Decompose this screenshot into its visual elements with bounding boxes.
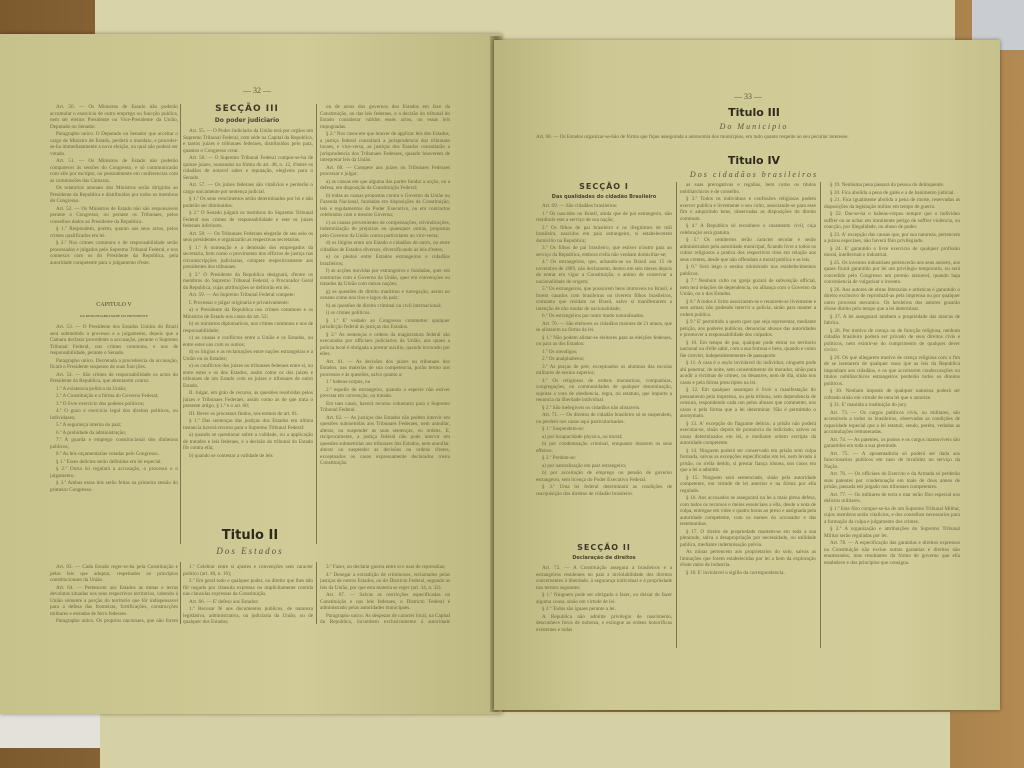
paragraph: § 19. Nenhuma pena passará da pessoa do … <box>824 182 960 189</box>
paragraph: Art. 59. — Ao Supremo Tribunal Federal c… <box>183 292 313 299</box>
left-bottom-column-1: Art. 63. — Cada Estado reger-se-ha pela … <box>50 564 178 624</box>
paragraph: Art. 60. — Compete aos juizes ou Tribuna… <box>320 165 450 178</box>
paragraph: § 1.º Os seus vencimentos serão determin… <box>183 196 313 209</box>
paragraph: § 1.º Não podem alistar-se eleitores par… <box>536 335 672 348</box>
paragraph: § 20. Fica abolida a pena de galés e a d… <box>824 190 960 197</box>
paragraph: § 1.º Este fôro compor-se-ha de um Supre… <box>824 506 960 526</box>
paragraph: § 8.º A todos é licito associarem-se e r… <box>680 299 816 319</box>
left-column-1-bottom: Art. 53. — O Presidente dos Estados Unid… <box>50 324 178 524</box>
paragraph: § 1.º Das sentenças das justiças dos Est… <box>183 418 313 431</box>
paragraph: § 29. Os que allegarem motivo de crença … <box>824 355 960 388</box>
paragraph: Art. 50. — Os Ministros de Estado não po… <box>50 104 178 130</box>
column-rule <box>180 562 181 624</box>
paragraph: f) as acções movidas por estrangeiros e … <box>320 268 450 288</box>
paragraph: Art. 63. — Cada Estado reger-se-ha pela … <box>50 564 178 584</box>
white-paper-corner <box>0 708 100 748</box>
paragraph: 6.º Os estrangeiros por outro modo natur… <box>536 313 672 320</box>
titulo-iii-heading: Titulo III <box>654 106 854 119</box>
right-column-1-declaracao: Art. 72. — A Constituição assegura a bra… <box>536 565 672 645</box>
paragraph: § 21. Fica igualmente abolida a pena de … <box>824 197 960 210</box>
paragraph: § 2.º São inelegiveis os cidadãos não al… <box>536 405 672 412</box>
paragraph: § 27. A lei assegurará tambem a propried… <box>824 314 960 327</box>
paragraph: § 2.º As sentenças e ordens da magistrat… <box>320 332 450 358</box>
paragraph: 4.º Os estrangeiros, que, achando-se no … <box>536 259 672 285</box>
paragraph: 3.º Fazer, ou declarar guerra entre si e… <box>320 564 450 571</box>
seccao-ii-heading: SECÇÃO II <box>534 543 674 552</box>
paragraph: 2.º Em geral todo e qualquer poder, ou d… <box>183 578 313 598</box>
column-rule <box>676 182 677 648</box>
paragraph: § 14. Ninguem poderá ser conservado em p… <box>680 448 816 474</box>
paragraph: § 16. Aos accusados se assegurará na lei… <box>680 495 816 528</box>
chapter-heading: CAPITULO V <box>50 302 178 308</box>
paragraph: Paragrapho unico. O Deputado ou Senador … <box>50 131 178 157</box>
paragraph: d) os litigios e as reclamações entre na… <box>183 349 313 362</box>
column-rule <box>316 104 317 544</box>
paragraph: a) quando se questionar sobre a validade… <box>183 432 313 452</box>
paragraph: Art. 67. — Salvas as restricções especif… <box>320 592 450 612</box>
paragraph: § 1.º Suspendem-se: <box>536 426 672 433</box>
paragraph: § 5.º Os cemiterios terão caracter secul… <box>680 237 816 263</box>
paragraph: 2.º Os filhos de pai brasileiro e os ill… <box>536 225 672 245</box>
paragraph: 1.º Os nascidos no Brasil, ainda que de … <box>536 211 672 224</box>
paragraph: Art. 62. — As justiças dos Estados não p… <box>320 415 450 467</box>
paragraph: d) os litigios entre um Estado e cidadão… <box>320 240 450 253</box>
paragraph: § 26. Aos autores de obras litterarias e… <box>824 287 960 313</box>
paragraph: Art. 61. — As decisões dos juizes ou tri… <box>320 359 450 379</box>
paragraph: 4.º O gozo e exercicio legal dos direito… <box>50 408 178 421</box>
right-page: — 33 — Titulo III Do Municipio Art. 68. … <box>494 40 1000 710</box>
paragraph: § 23. A' excepção das causas que, por su… <box>824 232 960 245</box>
paragraph: Art. 53. — O Presidente dos Estados Unid… <box>50 324 178 357</box>
paragraph: § 30. Nenhum imposto de qualquer naturez… <box>824 388 960 401</box>
seccao-ii-subheading: Declaração de direitos <box>534 555 674 561</box>
paragraph: Art. 55. — O Poder Judiciario da União t… <box>183 128 313 154</box>
paragraph: Art. 58. — Os Tribunaes Federaes elegerã… <box>183 231 313 244</box>
paragraph: § 22. Dar-se-ha o habeas-corpus sempre q… <box>824 211 960 231</box>
paragraph: 3.º As praças de pret, exceptuados os al… <box>536 364 672 377</box>
column-rule <box>820 182 821 648</box>
paragraph: Art. 54. — São crimes de responsabilidad… <box>50 372 178 385</box>
paragraph: § 31. E' mantida a instituição do jury. <box>824 402 960 409</box>
paragraph: 1.º Recusar fé aos documentos publicos, … <box>183 606 313 624</box>
seccao-i-subheading: Das qualidades do cidadão Brasileiro <box>534 194 674 200</box>
paragraph: § 15. Ninguem será sentenciado, sinão pe… <box>680 475 816 495</box>
paragraph: § 24. E' garantido o livre exercicio de … <box>824 246 960 259</box>
paragraph: § 4.º A Republica só reconhece o casamen… <box>680 223 816 236</box>
paragraph: § 11. A casa é o asylo inviolavel do ind… <box>680 360 816 386</box>
paragraph: § 2.º Outra lei regulará a accusação, o … <box>50 466 178 479</box>
paragraph: § 2.º Todos são iguaes perante a lei. <box>536 606 672 613</box>
paragraph: 4.º Denegar a extradição de criminosos, … <box>320 572 450 592</box>
paragraph: b) quando se contestar a validade de lei… <box>183 453 313 460</box>
paragraph: § 1.º A nomeação e a demissão dos empreg… <box>183 245 313 271</box>
paragraph: Art. 51. — Os Ministros de Estado não po… <box>50 158 178 184</box>
paragraph: 2.º A Constituição e a fórma do Governo … <box>50 393 178 400</box>
paragraph: § 2.º O Presidente da Republica designar… <box>183 272 313 292</box>
paragraph: Paragrapho unico. As despezas de caracte… <box>320 613 450 625</box>
seccao-i-heading: SECÇÃO I <box>534 182 674 191</box>
paragraph: § 28. Por motivo de crença ou de funcção… <box>824 328 960 354</box>
paragraph: Art. 52. — Os Ministros de Estado não sã… <box>50 206 178 226</box>
paragraph: Art. 66. — E' defeso aos Estados: <box>183 599 313 606</box>
paragraph: § 7.º Nenhum culto ou igreja gozará de s… <box>680 278 816 298</box>
left-page: — 32 — Art. 50. — Os Ministros de Estado… <box>0 34 502 714</box>
paragraph: 4.º Os religiosos de ordens monasticas, … <box>536 378 672 404</box>
chapter-subheading: DA RESPONSABILIDADE DO PRESIDENTE <box>50 314 178 318</box>
paragraph: Art. 72. — A Constituição assegura a bra… <box>536 565 672 591</box>
paragraph: II. Julgar, em gráo de recurso, as quest… <box>183 390 313 410</box>
paragraph: a) as causas em que alguma das partes fu… <box>320 179 450 192</box>
titulo-iv-heading: Titulo IV <box>654 154 854 167</box>
titulo-ii-heading: Titulo II <box>150 528 350 543</box>
right-column-2: as suas prerogativas e regalias, bem com… <box>680 182 816 648</box>
paragraph: Art. 64. — Pertencem aos Estados as mina… <box>50 585 178 618</box>
paragraph: § 3.º Uma lei federal determinará as con… <box>536 484 672 497</box>
paragraph: b) os ministros diplomaticos, nos crimes… <box>183 321 313 334</box>
paragraph: Art. 77. — Os militares de terra e mar t… <box>824 492 960 505</box>
left-column-3: ou de actos dos governos dos Estados em … <box>320 104 450 544</box>
paragraph: § 1.º Esses delictos serão definidos em … <box>50 459 178 466</box>
left-page-number: — 32 — <box>243 86 271 95</box>
paragraph: 3.º O livre exercicio dos poderes politi… <box>50 401 178 408</box>
paragraph: Art. 71. — Os direitos de cidadão brasil… <box>536 412 672 425</box>
paragraph: As minas pertencem aos proprietarios do … <box>680 549 816 569</box>
paragraph: § 2.º Nos crimes communs e de responsabi… <box>50 240 178 266</box>
paragraph: A Republica não admitte privilegio de na… <box>536 614 672 634</box>
paragraph: e) os pleitos entre Estados estrangeiros… <box>320 254 450 267</box>
paragraph: 3.º Os filhos de pai brasileiro, que est… <box>536 245 672 258</box>
titulo-ii-subheading: Dos Estados <box>150 546 350 556</box>
paragraph: 8.º As leis orçamentarias votadas pelo C… <box>50 451 178 458</box>
paragraph: § 17. O direito de propriedade mantem-se… <box>680 529 816 549</box>
art-68-paragraph: Art. 68. — Os Estados organizar-se-hão d… <box>536 134 946 148</box>
paragraph: Art. 78. — A especificação das garantias… <box>824 540 960 566</box>
column-rule <box>180 104 181 544</box>
paragraph: § 9.º E' permittido a quem quer que seja… <box>680 319 816 339</box>
paragraph: § 1.º Respondem, porém, quanto aos seus … <box>50 226 178 239</box>
paragraph: § 10. Em tempo de paz, qualquer pode ent… <box>680 340 816 360</box>
paragraph: § 25. Os inventos industriaes pertencerã… <box>824 260 960 286</box>
paragraph: 1.º Os mendigos; <box>536 349 672 356</box>
paragraph: Art. 57. — Os juizes federaes são vitali… <box>183 182 313 195</box>
paragraph: I. Processar e julgar originaria e priva… <box>183 300 313 307</box>
paragraph: 5.º Os estrangeiros, que possuirem bens … <box>536 286 672 312</box>
paragraph: § 2.º Nos casos em que houver de applica… <box>320 131 450 164</box>
section-heading: SECÇÃO III <box>182 104 312 114</box>
paragraph: § 1.º E' vedado ao Congresso commetter q… <box>320 318 450 331</box>
paragraph: 6.º A probidade da administração; <box>50 430 178 437</box>
paragraph: e) os conflictos dos juizes ou tribunaes… <box>183 363 313 389</box>
right-page-number: — 33 — <box>734 92 762 101</box>
paragraph: 1.º habeas-corpus, ou <box>320 379 450 386</box>
paragraph: 1.º Celebrar entre si ajustes e convençõ… <box>183 564 313 577</box>
titulo-iv-subheading: Dos cidadãos brasileiros <box>654 170 854 179</box>
paper-sheet-behind-bottom <box>100 712 950 768</box>
paragraph: III. Rever os processos findos, nos term… <box>183 411 313 418</box>
paragraph: § 18. E' inviolavel o sigillo da corresp… <box>680 570 816 577</box>
paragraph: 2.º espolio de estrangeiro, quando a esp… <box>320 387 450 400</box>
paragraph: b) todas as causas propostas contra o Go… <box>320 193 450 219</box>
paragraph: Art. 75. — A aposentadoria só poderá ser… <box>824 451 960 471</box>
paragraph: Art. 69. — São cidadãos brasileiros: <box>536 203 672 210</box>
paragraph: 7.º A guarda e emprego constitucional do… <box>50 437 178 450</box>
paragraph: as suas prerogativas e regalias, bem com… <box>680 182 816 195</box>
paragraph: c) as causas provenientes de compensaçõe… <box>320 220 450 240</box>
paragraph: b) por acceitação de emprego ou pensão d… <box>536 470 672 483</box>
paragraph: 5.º A segurança interna do paiz; <box>50 422 178 429</box>
paragraph: ou de actos dos governos dos Estados em … <box>320 104 450 130</box>
left-column-2: Art. 55. — O Poder Judiciario da União t… <box>183 128 313 544</box>
paragraph: c) as causas e conflictos entre a União … <box>183 335 313 348</box>
paragraph: i) os crimes politicos. <box>320 310 450 317</box>
section-subheading: Do poder judiciario <box>182 117 312 124</box>
left-bottom-column-2: 1.º Celebrar entre si ajustes e convençõ… <box>183 564 313 624</box>
paragraph: h) as questões de direito criminal ou ci… <box>320 303 450 310</box>
paragraph: 1.º A existencia politica da União; <box>50 386 178 393</box>
right-column-3: § 19. Nenhuma pena passará da pessoa do … <box>824 182 960 648</box>
paragraph: Art. 70. — São eleitores os cidadãos mai… <box>536 321 672 334</box>
paragraph: Paragrapho unico. Decretada a procedenci… <box>50 358 178 371</box>
paragraph: a) o Presidente da Republica nos crimes … <box>183 307 313 320</box>
left-bottom-column-3: 3.º Fazer, ou declarar guerra entre si e… <box>320 564 450 624</box>
paragraph: § 3.º Todos os individuos e confissões r… <box>680 196 816 222</box>
paragraph: Art. 73. — Os cargos publicos civis, ou … <box>824 410 960 436</box>
paragraph: 2.º Os analphabetos; <box>536 356 672 363</box>
paragraph: Os relatorios annuaes dos Ministros serã… <box>50 185 178 205</box>
paragraph: § 12. Em qualquer assumpto é livre a man… <box>680 387 816 420</box>
right-column-1: Art. 69. — São cidadãos brasileiros: 1.º… <box>536 203 672 533</box>
paragraph: § 2.º A organização e attribuições do Su… <box>824 526 960 539</box>
paragraph: § 2.º Perdem-se: <box>536 455 672 462</box>
paragraph: Art. 56. — O Supremo Tribunal Federal co… <box>183 155 313 181</box>
paragraph: § 13. A' excepção do flagrante delicto, … <box>680 421 816 447</box>
titulo-iii-subheading: Do Municipio <box>654 122 854 131</box>
left-column-1-top: Art. 50. — Os Ministros de Estado não po… <box>50 104 178 314</box>
paragraph: Art. 74. — As patentes, os postos e os c… <box>824 437 960 450</box>
paragraph: Paragrapho unico. Os proprios nacionaes,… <box>50 618 178 624</box>
paragraph: a) por incapacidade physica, ou moral; <box>536 434 672 441</box>
paragraph: § 1.º Ninguem pode ser obrigado a fazer,… <box>536 592 672 605</box>
paragraph: a) por naturalisação em paiz estrangeiro… <box>536 463 672 470</box>
paragraph: § 3.º Ambas essas leis serão feitas na p… <box>50 480 178 493</box>
column-rule <box>316 562 317 624</box>
paragraph: § 6.º Será leigo o ensino ministrado nos… <box>680 264 816 277</box>
paragraph: Em taes casos, haverá recurso voluntario… <box>320 401 450 414</box>
paragraph: § 2.º O Senado julgará os membros do Sup… <box>183 210 313 230</box>
paragraph: Art. 76. — Os officiaes do Exercito e da… <box>824 471 960 491</box>
paragraph: g) as questões de direito maritimo e nav… <box>320 289 450 302</box>
paragraph: b) por condemnação criminal, emquanto du… <box>536 441 672 454</box>
